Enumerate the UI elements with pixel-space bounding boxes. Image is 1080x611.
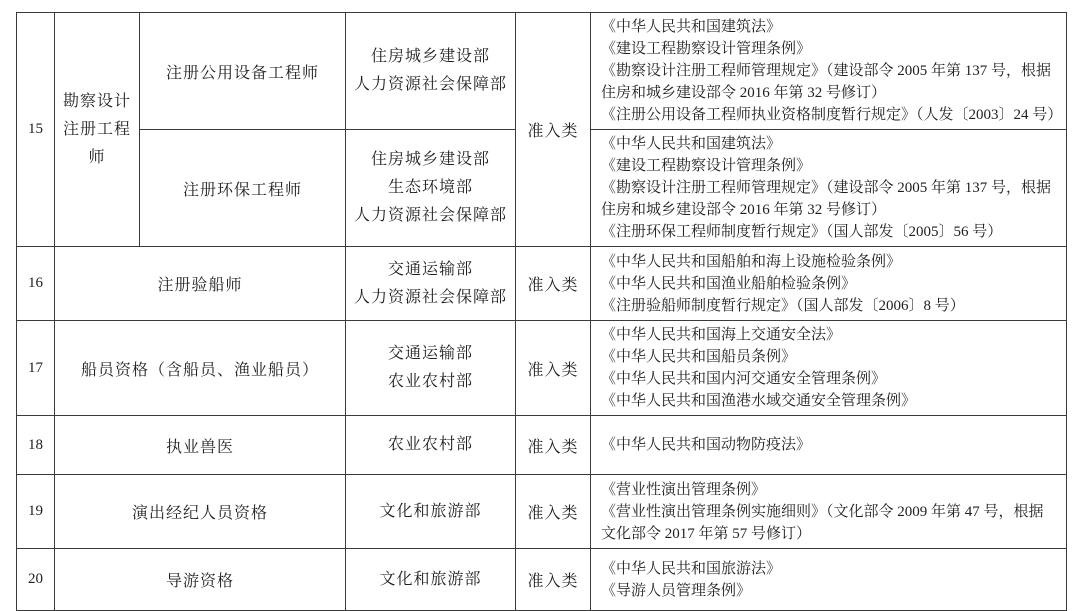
ministry-line: 人力资源社会保障部 (350, 202, 511, 230)
legal-basis-line: 《营业性演出管理条例》 (601, 479, 1056, 501)
legal-basis-line: 《中华人民共和国内河交通安全管理条例》 (601, 368, 1056, 390)
type-cell: 准入类 (516, 416, 591, 475)
ministry-line: 农业农村部 (350, 368, 511, 396)
row-number: 16 (17, 247, 55, 321)
category-cell: 勘察设计注册工程师 (55, 13, 140, 247)
ministry-line: 人力资源社会保障部 (350, 71, 511, 99)
ministry-line: 住房城乡建设部 (350, 43, 511, 71)
ministry-line: 农业农村部 (350, 431, 511, 459)
legal-basis-cell: 《营业性演出管理条例》 《营业性演出管理条例实施细则》（文化部令 2009 年第… (591, 475, 1067, 549)
table-row-17: 17 船员资格（含船员、渔业船员） 交通运输部 农业农村部 准入类 《中华人民共… (17, 321, 1067, 416)
qualification-name: 执业兽医 (55, 416, 346, 475)
row-number: 20 (17, 549, 55, 611)
ministry-line: 文化和旅游部 (350, 498, 511, 526)
qualification-name: 船员资格（含船员、渔业船员） (55, 321, 346, 416)
qualification-name: 演出经纪人员资格 (55, 475, 346, 549)
qualification-name: 注册公用设备工程师 (140, 13, 346, 130)
legal-basis-line: 《中华人民共和国船舶和海上设施检验条例》 (601, 251, 1056, 273)
legal-basis-line: 《勘察设计注册工程师管理规定》（建设部令 2005 年第 137 号，根据住房和… (601, 177, 1056, 221)
qualification-name: 导游资格 (55, 549, 346, 611)
type-cell: 准入类 (516, 247, 591, 321)
table-row-19: 19 演出经纪人员资格 文化和旅游部 准入类 《营业性演出管理条例》 《营业性演… (17, 475, 1067, 549)
legal-basis-line: 《中华人民共和国海上交通安全法》 (601, 324, 1056, 346)
ministry-line: 生态环境部 (350, 174, 511, 202)
legal-basis-line: 《注册公用设备工程师执业资格制度暂行规定》（人发〔2003〕24 号） (601, 104, 1056, 126)
row-number: 15 (17, 13, 55, 247)
row-number: 19 (17, 475, 55, 549)
ministry-line: 交通运输部 (350, 256, 511, 284)
legal-basis-line: 《注册验船师制度暂行规定》（国人部发〔2006〕8 号） (601, 295, 1056, 317)
table-row-15a: 15 勘察设计注册工程师 注册公用设备工程师 住房城乡建设部 人力资源社会保障部… (17, 13, 1067, 130)
type-cell: 准入类 (516, 475, 591, 549)
legal-basis-line: 《中华人民共和国船员条例》 (601, 346, 1056, 368)
table-row-20: 20 导游资格 文化和旅游部 准入类 《中华人民共和国旅游法》 《导游人员管理条… (17, 549, 1067, 611)
legal-basis-line: 《中华人民共和国建筑法》 (601, 133, 1056, 155)
row-number: 18 (17, 416, 55, 475)
ministry-cell: 交通运输部 人力资源社会保障部 (346, 247, 516, 321)
legal-basis-line: 《注册环保工程师制度暂行规定》（国人部发〔2005〕56 号） (601, 221, 1056, 243)
ministry-cell: 文化和旅游部 (346, 475, 516, 549)
table-row-18: 18 执业兽医 农业农村部 准入类 《中华人民共和国动物防疫法》 (17, 416, 1067, 475)
table-row-16: 16 注册验船师 交通运输部 人力资源社会保障部 准入类 《中华人民共和国船舶和… (17, 247, 1067, 321)
legal-basis-line: 《导游人员管理条例》 (601, 580, 1056, 602)
ministry-cell: 农业农村部 (346, 416, 516, 475)
legal-basis-cell: 《中华人民共和国动物防疫法》 (591, 416, 1067, 475)
type-cell: 准入类 (516, 13, 591, 247)
ministry-cell: 住房城乡建设部 人力资源社会保障部 (346, 13, 516, 130)
ministry-cell: 文化和旅游部 (346, 549, 516, 611)
qualification-name: 注册验船师 (55, 247, 346, 321)
ministry-line: 人力资源社会保障部 (350, 284, 511, 312)
type-cell: 准入类 (516, 549, 591, 611)
legal-basis-line: 《中华人民共和国渔业船舶检验条例》 (601, 273, 1056, 295)
legal-basis-cell: 《中华人民共和国建筑法》 《建设工程勘察设计管理条例》 《勘察设计注册工程师管理… (591, 13, 1067, 130)
legal-basis-cell: 《中华人民共和国船舶和海上设施检验条例》 《中华人民共和国渔业船舶检验条例》 《… (591, 247, 1067, 321)
ministry-line: 交通运输部 (350, 340, 511, 368)
legal-basis-line: 《建设工程勘察设计管理条例》 (601, 155, 1056, 177)
legal-basis-line: 《中华人民共和国动物防疫法》 (601, 434, 1056, 456)
ministry-cell: 住房城乡建设部 生态环境部 人力资源社会保障部 (346, 130, 516, 247)
legal-basis-cell: 《中华人民共和国旅游法》 《导游人员管理条例》 (591, 549, 1067, 611)
qualification-name: 注册环保工程师 (140, 130, 346, 247)
legal-basis-line: 《建设工程勘察设计管理条例》 (601, 38, 1056, 60)
legal-basis-line: 《中华人民共和国旅游法》 (601, 558, 1056, 580)
type-cell: 准入类 (516, 321, 591, 416)
document-page: 15 勘察设计注册工程师 注册公用设备工程师 住房城乡建设部 人力资源社会保障部… (0, 0, 1080, 611)
legal-basis-cell: 《中华人民共和国海上交通安全法》 《中华人民共和国船员条例》 《中华人民共和国内… (591, 321, 1067, 416)
ministry-line: 文化和旅游部 (350, 566, 511, 594)
qualification-table: 15 勘察设计注册工程师 注册公用设备工程师 住房城乡建设部 人力资源社会保障部… (16, 12, 1067, 611)
ministry-line: 住房城乡建设部 (350, 146, 511, 174)
legal-basis-line: 《中华人民共和国渔港水域交通安全管理条例》 (601, 390, 1056, 412)
legal-basis-line: 《中华人民共和国建筑法》 (601, 16, 1056, 38)
row-number: 17 (17, 321, 55, 416)
legal-basis-line: 《勘察设计注册工程师管理规定》（建设部令 2005 年第 137 号，根据住房和… (601, 60, 1056, 104)
legal-basis-cell: 《中华人民共和国建筑法》 《建设工程勘察设计管理条例》 《勘察设计注册工程师管理… (591, 130, 1067, 247)
ministry-cell: 交通运输部 农业农村部 (346, 321, 516, 416)
legal-basis-line: 《营业性演出管理条例实施细则》（文化部令 2009 年第 47 号，根据文化部令… (601, 501, 1056, 545)
